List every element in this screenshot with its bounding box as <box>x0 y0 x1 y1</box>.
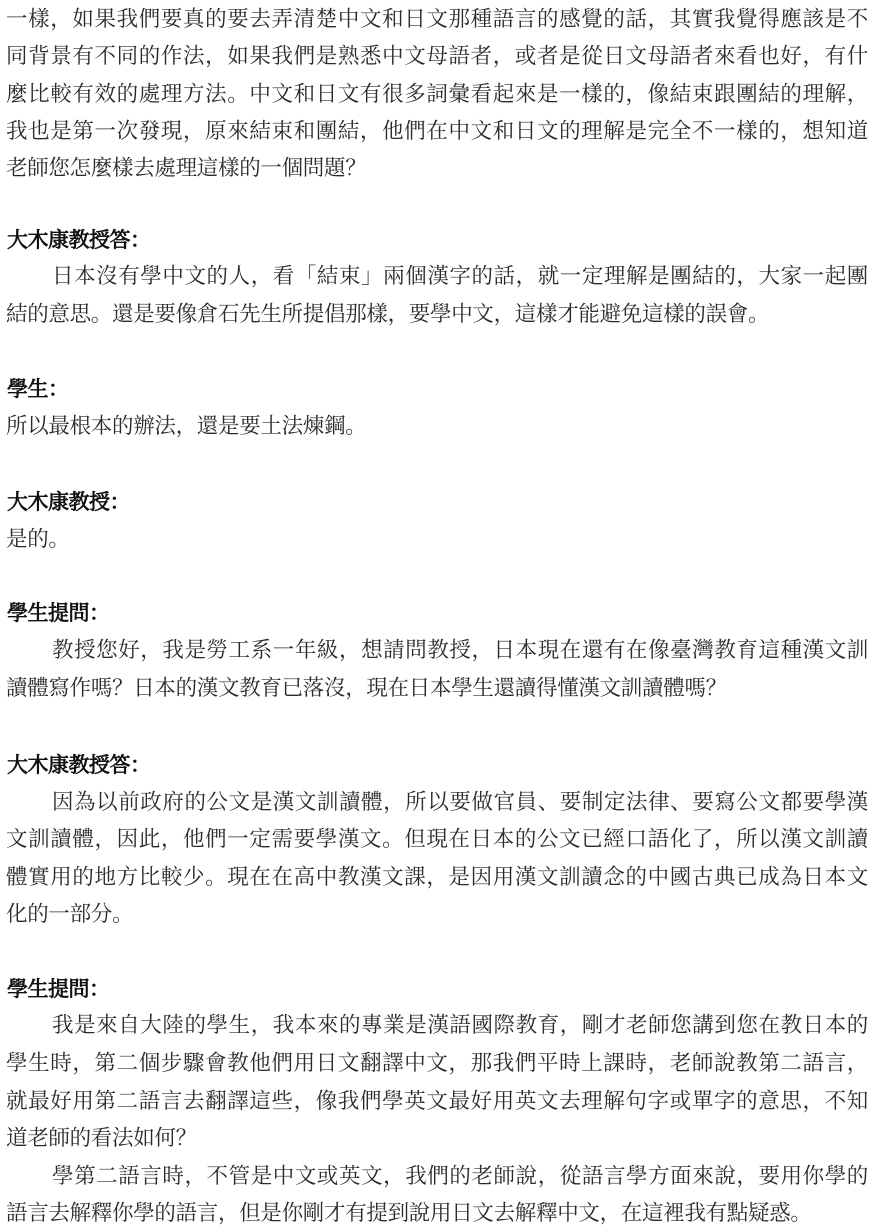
text-line: 因為以前政府的公文是漢文訓讀體，所以要做官員、要制定法律、要寫公文都要學漢 <box>52 789 868 817</box>
text-line: 我是來自大陸的學生，我本來的專業是漢語國際教育，剛才老師您講到您在教日本的 <box>52 1012 868 1040</box>
text-line: 讀體寫作嗎？日本的漢文教育已落沒，現在日本學生還讀得懂漢文訓讀體嗎？ <box>6 675 868 703</box>
text-line: 學生時，第二個步驟會教他們用日文翻譯中文，那我們平時上課時，老師說教第二語言， <box>6 1050 868 1078</box>
text-line: 日本沒有學中文的人，看「結束」兩個漢字的話，就一定理解是團結的，大家一起團 <box>52 263 868 291</box>
text-line: 老師您怎麼樣去處理這樣的一個問題？ <box>6 155 868 183</box>
text-line: 教授您好，我是勞工系一年級，想請問教授，日本現在還有在像臺灣教育這種漢文訓 <box>52 637 868 665</box>
text-line: 所以最根本的辦法，還是要土法煉鋼。 <box>6 413 868 441</box>
text-line: 結的意思。還是要像倉石先生所提倡那樣，要學中文，這樣才能避免這樣的誤會。 <box>6 301 868 329</box>
text-line: 同背景有不同的作法，如果我們是熟悉中文母語者，或者是從日文母語者來看也好，有什 <box>6 43 868 71</box>
text-line: 文訓讀體，因此，他們一定需要學漢文。但現在日本的公文已經口語化了，所以漢文訓讀 <box>6 826 868 854</box>
text-line: 一樣，如果我們要真的要去弄清楚中文和日文那種語言的感覺的話，其實我覺得應該是不 <box>6 6 868 34</box>
speaker-heading: 大木康教授答： <box>7 226 151 254</box>
speaker-heading: 學生提問： <box>7 975 110 1003</box>
text-line: 我也是第一次發現，原來結束和團結，他們在中文和日文的理解是完全不一樣的，想知道 <box>6 118 868 146</box>
speaker-heading: 學生提問： <box>7 599 110 627</box>
text-line: 麼比較有效的處理方法。中文和日文有很多詞彙看起來是一樣的，像結束跟團結的理解， <box>6 81 868 109</box>
speaker-heading: 大木康教授： <box>7 488 130 516</box>
speaker-heading: 大木康教授答： <box>7 751 151 779</box>
speaker-heading: 學生： <box>7 375 69 403</box>
text-line: 化的一部分。 <box>6 901 868 929</box>
text-line: 學第二語言時，不管是中文或英文，我們的老師說，從語言學方面來說，要用你學的 <box>52 1163 868 1191</box>
text-line: 道老師的看法如何？ <box>6 1125 868 1153</box>
text-line: 體實用的地方比較少。現在在高中教漢文課，是因用漢文訓讀念的中國古典已成為日本文 <box>6 864 868 892</box>
text-line: 就最好用第二語言去翻譯這些，像我們學英文最好用英文去理解句字或單字的意思，不知 <box>6 1088 868 1116</box>
text-line: 是的。 <box>6 526 868 554</box>
text-line: 語言去解釋你學的語言，但是你剛才有提到說用日文去解釋中文，在這裡我有點疑惑。 <box>6 1200 868 1228</box>
